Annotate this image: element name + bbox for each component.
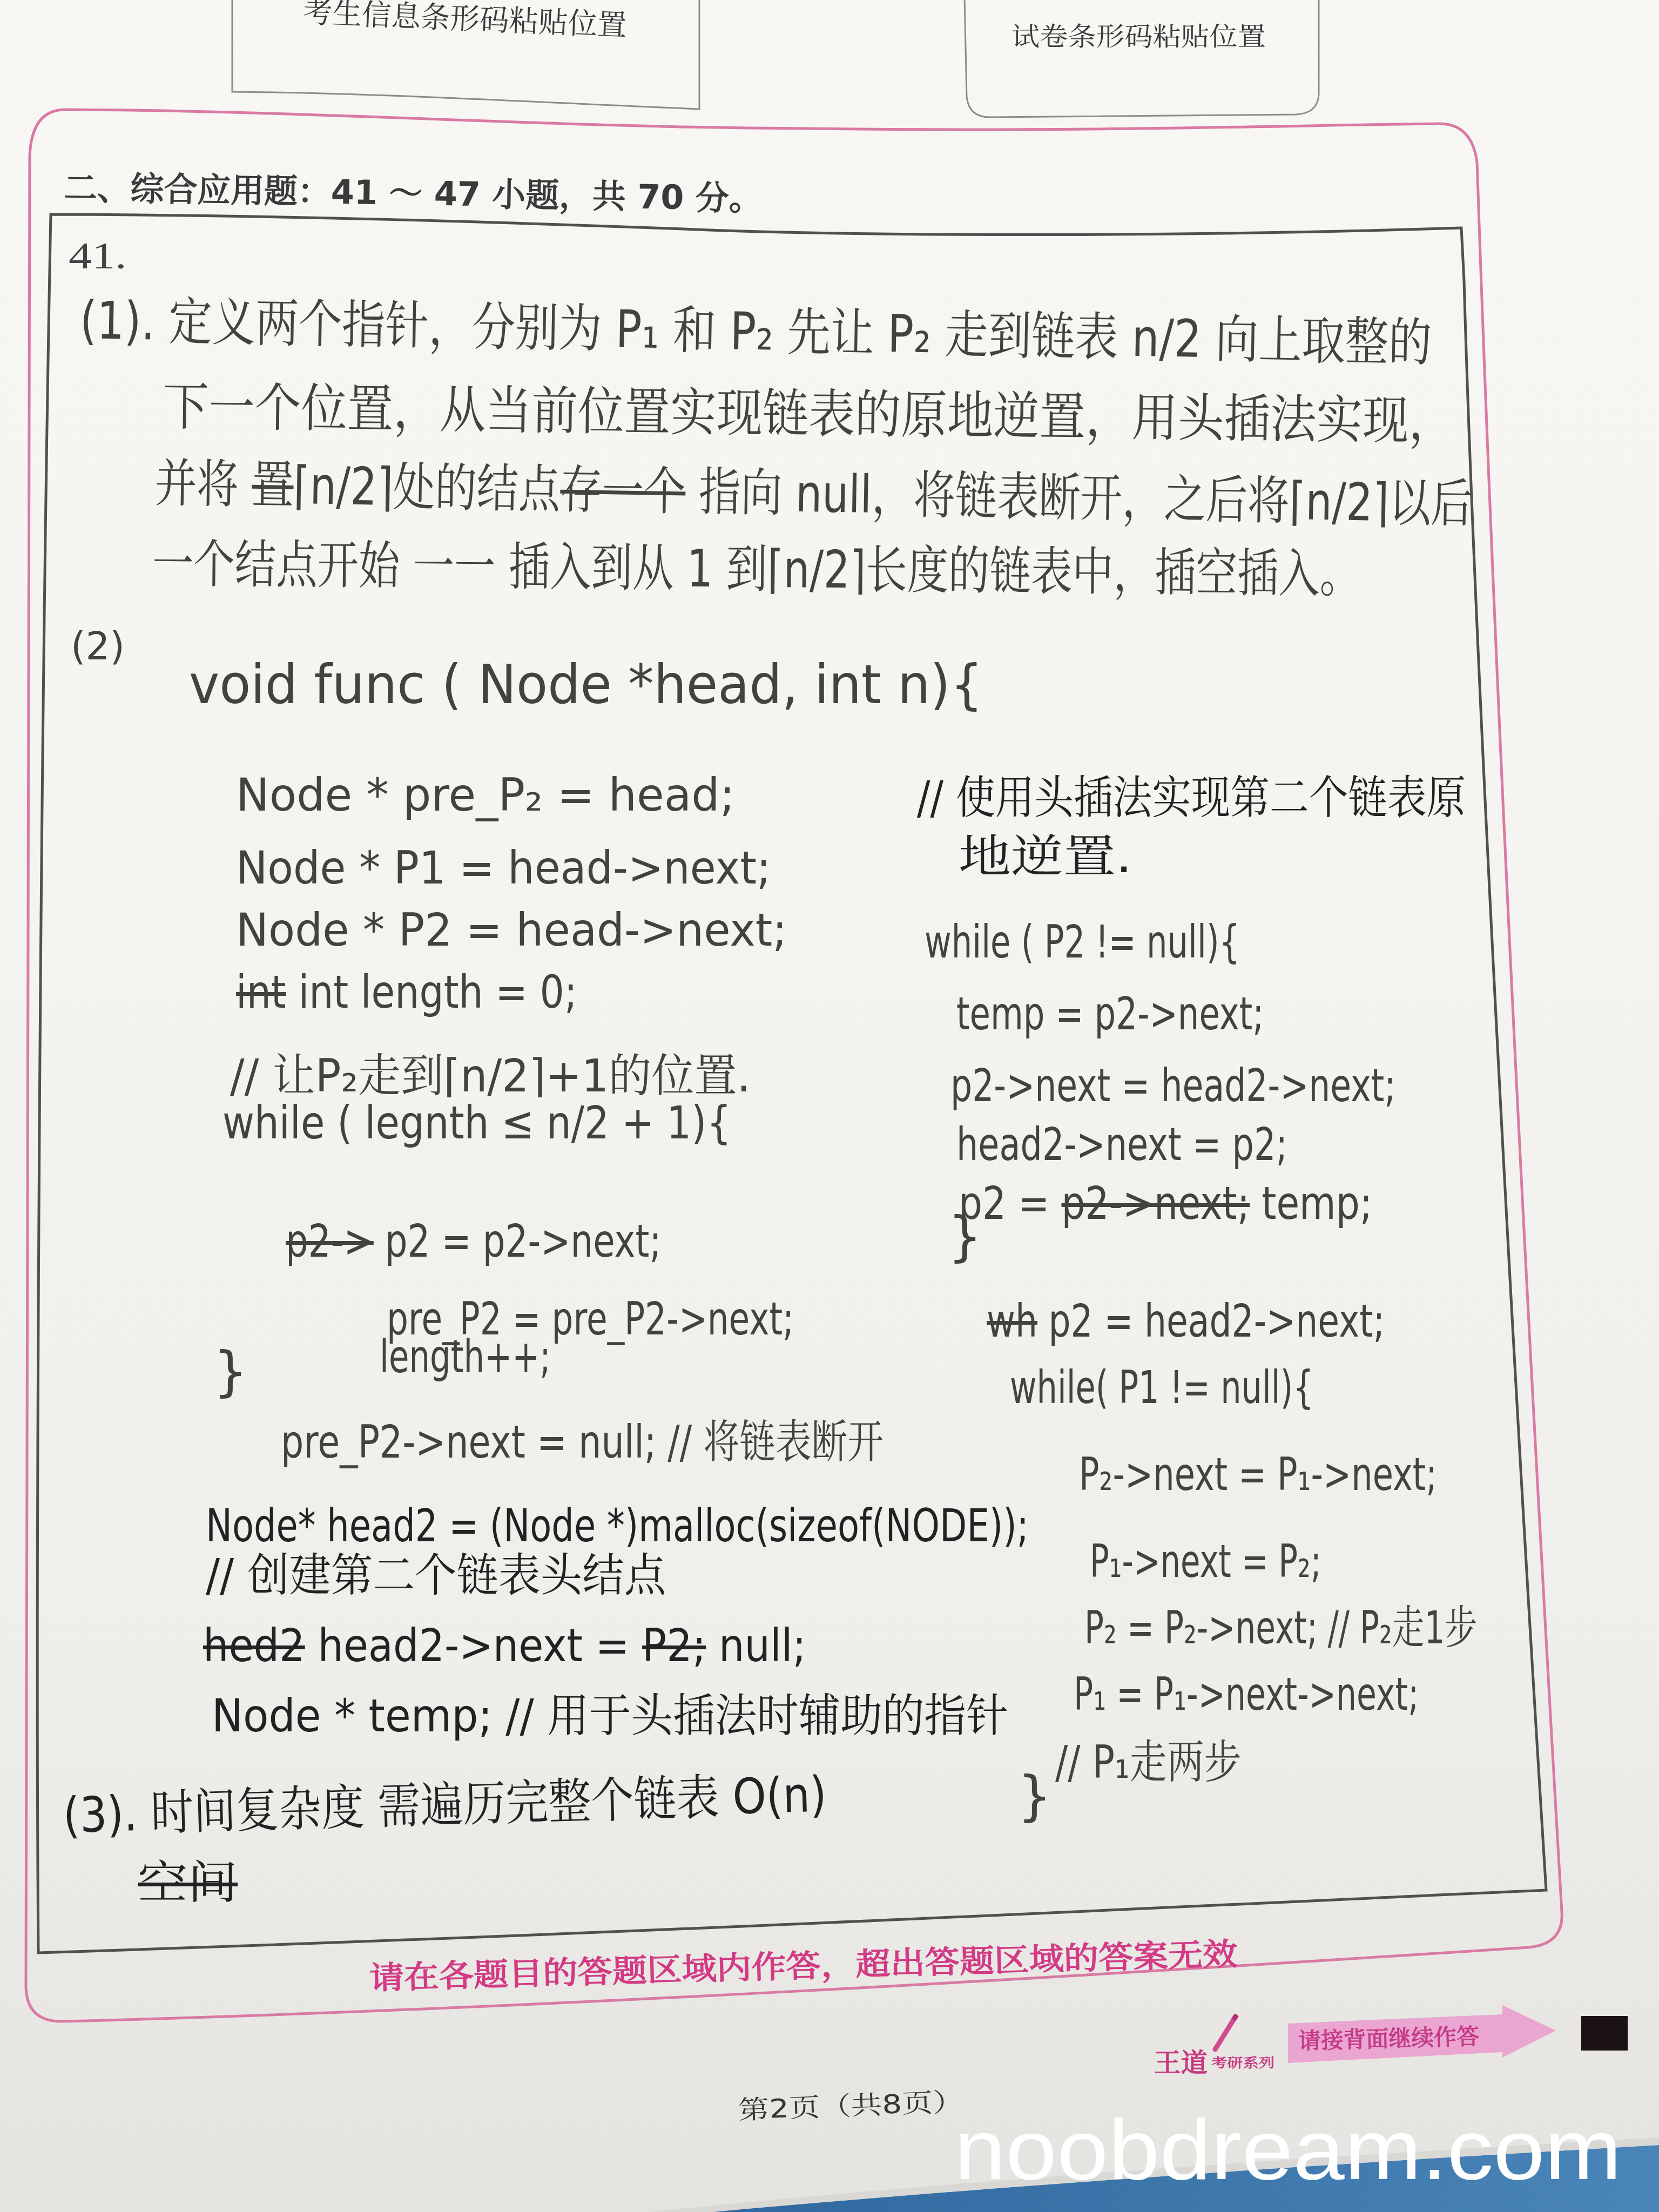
code-comment: 地逆置. bbox=[959, 834, 1132, 879]
struck-text: 空间 bbox=[138, 1860, 238, 1905]
struck-text: p2->next; bbox=[1062, 1177, 1250, 1230]
section-header: 二、综合应用题：41 ～ 47 小题，共 70 分。 bbox=[64, 171, 763, 215]
code-line: while ( legnth ≤ n/2 + 1){ bbox=[222, 1100, 731, 1145]
answer-area-notice: 请在各题目的答题区域内作答，超出答题区域的答案无效 bbox=[369, 1938, 1238, 1994]
struck-text: 存一个 bbox=[560, 460, 686, 522]
struck-text: 置 bbox=[251, 455, 294, 516]
close-brace: } bbox=[213, 1345, 248, 1399]
code-line: p2 = p2->next; temp; bbox=[959, 1181, 1372, 1226]
code-text: int length = 0; bbox=[286, 966, 577, 1019]
code-line: hed2 head2->next = P2; null; bbox=[203, 1623, 806, 1668]
struck-text: int bbox=[236, 966, 286, 1019]
page-number: 第2页（共8页） bbox=[738, 2089, 965, 2123]
code-line: p2-> p2 = p2->next; bbox=[286, 1218, 662, 1264]
close-brace: } bbox=[948, 1210, 982, 1264]
code-text: p2 = p2->next; bbox=[374, 1215, 662, 1267]
struck-text: hed2 bbox=[203, 1619, 305, 1672]
part1-line-2: 下一个位置，从当前位置实现链表的原地逆置，用头插法实现， bbox=[162, 381, 1455, 447]
code-line: head2->next = p2; bbox=[956, 1122, 1287, 1167]
code-line: P₁->next = P₂; bbox=[1090, 1539, 1321, 1584]
part1-line-3-c: 指向 null，将链表断开，之后将⌈n/2⌉以后 bbox=[685, 461, 1473, 534]
code-text: temp; bbox=[1250, 1177, 1372, 1230]
code-comment: // 使用头插法实现第二个链表原 bbox=[917, 775, 1466, 820]
code-comment: // P₁走两步 bbox=[1055, 1739, 1242, 1785]
part1-line-4: 一个结点开始 一一 插入到从 1 到⌈n/2⌉长度的链表中，插空插入。 bbox=[152, 538, 1361, 601]
paper-barcode-box bbox=[965, 0, 1319, 117]
code-line: while( P1 != null){ bbox=[1010, 1365, 1314, 1410]
code-line: p2->next = head2->next; bbox=[950, 1063, 1396, 1108]
code-line: P₂ = P₂->next; // P₂走1步 bbox=[1084, 1605, 1477, 1650]
struck-text: p2-> bbox=[286, 1215, 374, 1267]
question-number: 41. bbox=[69, 238, 126, 275]
close-brace: } bbox=[1017, 1769, 1052, 1823]
code-text: head2->next = bbox=[305, 1619, 642, 1672]
part1-line-3-b: ⌈n/2⌉处的结点 bbox=[293, 455, 561, 520]
code-line: length++; bbox=[380, 1334, 551, 1379]
watermark: noobdream.com bbox=[954, 2107, 1622, 2193]
brand-series: 考研系列 bbox=[1211, 2056, 1274, 2069]
code-line: int int length = 0; bbox=[236, 969, 577, 1015]
code-comment: // 创建第二个链表头结点 bbox=[206, 1553, 666, 1598]
brand-name: 王道 bbox=[1154, 2050, 1208, 2076]
code-line: Node * P2 = head->next; bbox=[236, 907, 787, 953]
timing-mark bbox=[1581, 2016, 1628, 2051]
paper-barcode-label: 试卷条形码粘贴位置 bbox=[1011, 24, 1266, 50]
struck-text: P2; bbox=[642, 1619, 706, 1672]
code-line: P₁ = P₁->next->next; bbox=[1074, 1671, 1419, 1717]
pen-icon bbox=[1215, 2015, 1237, 2049]
part1-line-3: 并将 置⌈n/2⌉处的结点存一个 指向 null，将链表断开，之后将⌈n/2⌉以… bbox=[154, 457, 1473, 530]
code-line: Node * temp; // 用于头插法时辅助的指针 bbox=[212, 1693, 1008, 1738]
code-comment: // 让P₂走到⌈n/2⌉+1的位置. bbox=[230, 1053, 751, 1098]
complexity-answer: (3). 时间复杂度 需遍历完整个链表 O(n) bbox=[63, 1771, 827, 1840]
part2-label: (2) bbox=[71, 626, 125, 665]
part1-line-3-a: 并将 bbox=[154, 453, 252, 515]
struck-text: wh bbox=[987, 1294, 1037, 1347]
code-line: P₂->next = P₁->next; bbox=[1079, 1452, 1437, 1497]
code-line: temp = p2->next; bbox=[956, 991, 1264, 1036]
code-line: while ( P2 != null){ bbox=[925, 919, 1240, 965]
part1-line-1: (1). 定义两个指针，分别为 P₁ 和 P₂ 先让 P₂ 走到链表 n/2 向… bbox=[79, 294, 1432, 369]
function-signature: void func ( Node *head, int n){ bbox=[189, 658, 983, 712]
code-line: pre_P2->next = null; // 将链表断开 bbox=[281, 1419, 884, 1465]
student-barcode-label: 考生信息条形码粘贴位置 bbox=[302, 0, 628, 41]
code-text: p2 = head2->next; bbox=[1037, 1294, 1385, 1347]
continue-on-back-label: 请接背面继续作答 bbox=[1298, 2025, 1479, 2053]
code-line: wh p2 = head2->next; bbox=[987, 1298, 1385, 1344]
code-line: Node* head2 = (Node *)malloc(sizeof(NODE… bbox=[206, 1503, 1029, 1548]
code-text: null; bbox=[706, 1619, 806, 1672]
code-line: Node * pre_P₂ = head; bbox=[236, 772, 734, 818]
code-line: Node * P1 = head->next; bbox=[236, 845, 771, 891]
